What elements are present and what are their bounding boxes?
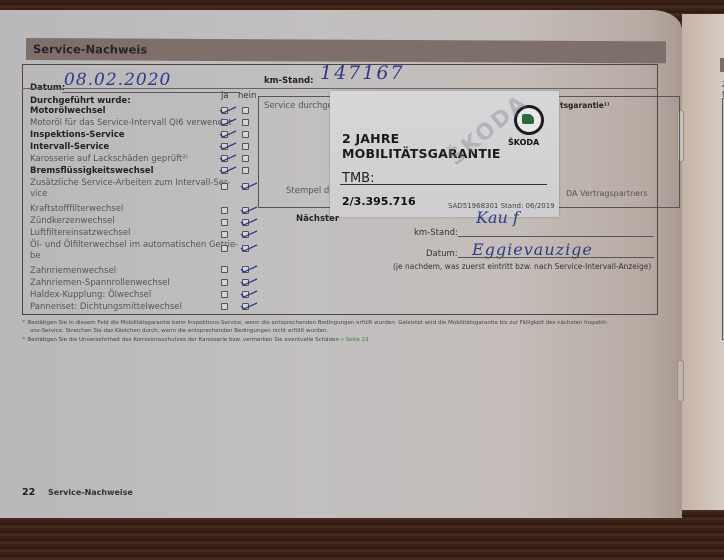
next-note: (je nachdem, was zuerst eintritt bzw. na… <box>393 262 651 271</box>
checkbox-ja[interactable] <box>221 231 228 238</box>
service-item-label: Inspektions-Service <box>30 130 125 140</box>
footnote-1-cont: ons-Service. Streichen Sie das Kästchen … <box>30 328 328 334</box>
page-footer-title: Service-Nachweise <box>48 488 133 497</box>
service-item-label: Motoröl für das Service-Intervall QI6 ve… <box>30 118 232 128</box>
page-23-link[interactable]: » Seite 23. <box>341 337 371 343</box>
checkbox-nein[interactable] <box>242 155 249 162</box>
date-value[interactable]: 08.02.2020 <box>64 70 171 90</box>
checkbox-nein[interactable] <box>242 119 249 126</box>
column-no: nein <box>238 91 256 101</box>
checkmark-icon <box>240 182 258 190</box>
checkmark-icon <box>219 118 237 126</box>
section-header-bar: Service-Nachweis <box>26 38 666 63</box>
footnote-1: ¹⁾ Bestätigen Sie in diesem Feld die Mob… <box>22 320 608 326</box>
km-label: km-Stand: <box>264 76 314 86</box>
sticker-brand: ŠKODA <box>508 138 539 147</box>
service-item-label: Zusätzliche Service-Arbeiten zum Interva… <box>30 178 230 188</box>
checkbox-nein[interactable] <box>242 167 249 174</box>
right-page-header-bar <box>720 58 724 72</box>
checkmark-icon <box>240 218 258 226</box>
checkmark-icon <box>219 106 237 114</box>
service-item-label: Zündkerzenwechsel <box>30 216 115 226</box>
checkbox-ja[interactable] <box>221 207 228 214</box>
service-item-label: Zahnriemen-Spannrollenwechsel <box>30 278 170 288</box>
service-item-label: Haldex-Kupplung: Ölwechsel <box>30 290 151 300</box>
next-km-label: km-Stand: <box>414 228 458 238</box>
right-page-edge: Zfu <box>682 14 724 510</box>
guarantee-label: tsgarantie¹⁾ <box>560 101 609 110</box>
service-item-label-cont: vice <box>30 189 47 199</box>
checkbox-ja[interactable] <box>221 219 228 226</box>
service-item-label: Zahnriemenwechsel <box>30 266 116 276</box>
checkmark-icon <box>240 206 258 214</box>
checkmark-icon <box>240 244 258 252</box>
partner-label: DA Vertragspartners <box>566 189 648 198</box>
checkbox-ja[interactable] <box>221 183 228 190</box>
date-line <box>62 92 240 93</box>
checkmark-icon <box>240 278 258 286</box>
service-item-label: Motorölwechsel <box>30 106 106 116</box>
checkbox-nein[interactable] <box>242 143 249 150</box>
checkbox-ja[interactable] <box>221 245 228 252</box>
service-item-label: Öl- und Ölfilterwechsel im automatischen… <box>30 240 238 250</box>
checkbox-nein[interactable] <box>242 107 249 114</box>
sticker-number: 2/3.395.716 <box>342 195 416 208</box>
performed-label: Durchgeführt wurde: <box>30 96 131 106</box>
checkmark-icon <box>219 130 237 138</box>
service-item-label: Luftfiltereinsatzwechsel <box>30 228 130 238</box>
checkmark-icon <box>219 142 237 150</box>
service-item-label: Pannenset: Dichtungsmittelwechsel <box>30 302 182 312</box>
row-divider <box>22 88 658 89</box>
next-date-label: Datum: <box>426 249 458 259</box>
checkbox-ja[interactable] <box>221 279 228 286</box>
service-item-label: Karosserie auf Lackschäden geprüft²⁾ <box>30 154 188 164</box>
staple <box>677 360 684 402</box>
checkmark-icon <box>219 154 237 162</box>
checkbox-ja[interactable] <box>221 266 228 273</box>
page-number: 22 <box>22 487 35 498</box>
checkmark-icon <box>240 230 258 238</box>
next-km-value[interactable]: Kau f <box>476 208 519 227</box>
next-service-label: Nächster <box>296 214 339 224</box>
section-title: Service-Nachweis <box>33 42 147 57</box>
column-yes: ja <box>221 91 229 101</box>
checkbox-nein[interactable] <box>242 131 249 138</box>
checkmark-icon <box>240 290 258 298</box>
next-date-line <box>458 257 654 258</box>
checkmark-icon <box>219 166 237 174</box>
footnote-2: ²⁾ Bestätigen Sie die Unversehrtheit des… <box>22 337 370 343</box>
checkmark-icon <box>240 265 258 273</box>
checkbox-ja[interactable] <box>221 291 228 298</box>
service-item-label: Kraftstofffilterwechsel <box>30 204 123 214</box>
checkbox-ja[interactable] <box>221 303 228 310</box>
km-value[interactable]: 147167 <box>320 62 405 84</box>
service-item-label-cont: be <box>30 251 41 261</box>
service-box-label: Service durchgef <box>264 101 336 111</box>
checkmark-icon <box>240 302 258 310</box>
service-item-label: Bremsflüssigkeitswechsel <box>30 166 154 176</box>
sticker-divider <box>340 184 547 185</box>
next-km-line <box>458 236 654 237</box>
service-item-label: Intervall-Service <box>30 142 109 152</box>
